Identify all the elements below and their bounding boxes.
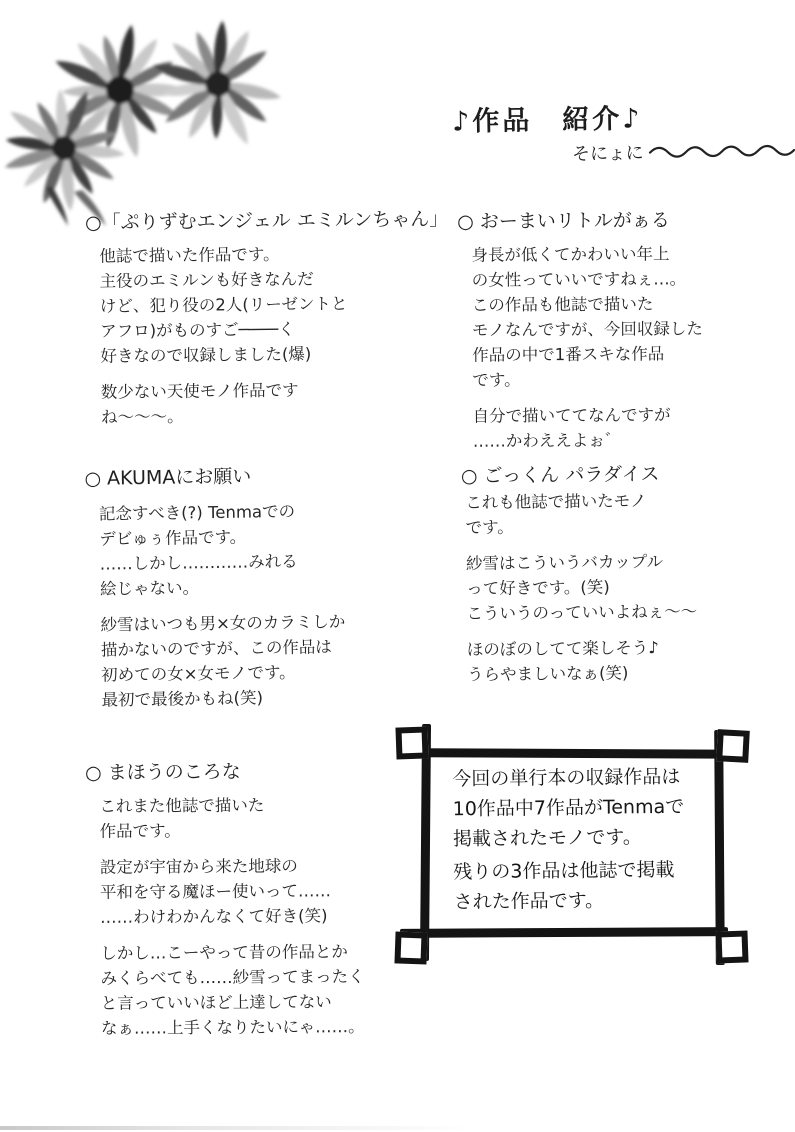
section-line: 自分で描いててなんですが	[459, 402, 704, 429]
section-line: 身長が低くてかわいい年上	[457, 241, 702, 268]
section-line: 紗雪はいつも男×女のカラミしか	[86, 609, 345, 638]
page-subtitle-text: そにょに	[572, 139, 644, 166]
frame-bar-left	[420, 724, 431, 961]
section-line: 記念すべき(?) Tenmaでの	[85, 498, 344, 527]
info-box-line: された作品です。	[453, 885, 685, 917]
section-line: 平和を守る魔ほー使いって……	[86, 878, 364, 905]
section-line: なぁ……上手くなりたいにゃ……。	[87, 1014, 365, 1041]
section-line: 他誌で描いた作品です。	[85, 240, 449, 269]
info-box-line: 残りの3作品は他誌で掲載	[453, 855, 685, 887]
squiggle-underline-icon	[648, 141, 795, 160]
section-title: ○ AKUMAにお願い	[84, 460, 343, 491]
section-line: です。	[461, 513, 696, 540]
section-prism-angel: ○「ぷりずむエンジェル エミルンちゃん」 他誌で描いた作品です。 主役のエミルン…	[85, 204, 451, 430]
section-line: しかし…こーやって昔の作品とか	[86, 939, 364, 966]
info-box-line: 今回の単行本の収録作品は	[452, 762, 684, 794]
section-line: 初めての女×女モノです。	[87, 659, 346, 688]
section-gokkun-paradise: ○ ごっくん パラダイス これも他誌で描いたモノ です。 紗雪はこういうバカップ…	[461, 459, 698, 687]
section-line: と言っていいほど上達してない	[87, 989, 365, 1016]
section-line: デビゅぅ作品です。	[85, 523, 344, 552]
section-line: 好きなので収録しました(爆)	[86, 340, 450, 369]
info-box-text: 今回の単行本の収録作品は 10作品中7作品がTenmaで 掲載されたモノです。 …	[452, 762, 685, 917]
section-line: これも他誌で描いたモノ	[461, 488, 696, 515]
section-line: この作品も他誌で描いた	[458, 291, 703, 318]
section-title: ○ おーまいリトルがぁる	[457, 205, 702, 234]
section-line: 主役のエミルンも好きなんだ	[85, 265, 449, 294]
section-mahou-no-korona: ○ まほうのころな これまた他誌で描いた 作品です。 設定が宇宙から来た地球の …	[85, 756, 365, 1041]
section-line: これまた他誌で描いた	[85, 792, 363, 819]
section-line: ね〜〜〜。	[87, 401, 451, 430]
section-title: ○ ごっくん パラダイス	[461, 459, 696, 488]
section-line: ほのぼのしてて楽しそう♪	[463, 635, 698, 662]
section-line: うらやましいなぁ(笑)	[463, 660, 698, 687]
info-box: 今回の単行本の収録作品は 10作品中7作品がTenmaで 掲載されたモノです。 …	[395, 723, 751, 965]
frame-bar-bottom	[400, 927, 728, 938]
section-line: 数少ない天使モノ作品です	[87, 376, 451, 405]
section-line: アフロ)がものすご────く	[86, 315, 450, 344]
scan-artifact-line	[0, 1126, 470, 1130]
section-akuma-ni-onegai: ○ AKUMAにお願い 記念すべき(?) Tenmaでの デビゅぅ作品です。 ……	[84, 460, 346, 713]
section-line: ……かわええよぉ゛	[459, 427, 704, 454]
frame-corner-square	[715, 930, 748, 963]
section-line: ……しかし…………みれる	[86, 548, 345, 577]
section-line: 作品です。	[85, 817, 363, 844]
page-subtitle: そにょに	[572, 136, 795, 166]
section-line: 紗雪はこういうバカップル	[462, 549, 697, 576]
frame-bar-right	[714, 730, 725, 965]
section-line: モノなんですが、今回収録した	[458, 316, 703, 343]
frame-corner-square	[716, 729, 750, 763]
frame-corner-square	[395, 726, 428, 759]
section-line: です。	[458, 366, 703, 393]
section-line: 作品の中で1番スキな作品	[458, 341, 703, 368]
doujinshi-afterword-page: ♪作品 紹介♪ そにょに ○「ぷりずむエンジェル エミルンちゃん」 他誌で描いた…	[0, 0, 795, 1132]
section-line: ……わけわかんなくて好き(笑)	[86, 903, 364, 930]
page-title: ♪作品 紹介♪	[452, 96, 643, 138]
info-box-line: 10作品中7作品がTenmaで	[453, 792, 685, 824]
section-title: ○「ぷりずむエンジェル エミルンちゃん」	[85, 204, 449, 235]
section-line: けど、犯り役の2人(リーゼントと	[86, 290, 450, 319]
section-title: ○ まほうのころな	[85, 756, 363, 785]
info-box-line: 掲載されたモノです。	[453, 822, 685, 854]
section-line: こういうのっていいよねぇ〜〜	[462, 599, 697, 626]
frame-bar-top	[418, 748, 748, 758]
section-line: みくらべても……紗雪ってまったく	[86, 964, 364, 991]
section-line: 設定が宇宙から来た地球の	[86, 853, 364, 880]
section-line: 最初で最後かもね(笑)	[87, 684, 346, 713]
section-line: 絵じゃない。	[86, 573, 345, 602]
section-oh-my-little-girl: ○ おーまいリトルがぁる 身長が低くてかわいい年上 の女性っていいですねぇ…。 …	[457, 205, 704, 454]
frame-corner-square	[394, 931, 427, 964]
flower-top-right	[152, 20, 282, 147]
section-line: の女性っていいですねぇ…。	[458, 266, 703, 293]
section-line: 描かないのですが、この作品は	[87, 634, 346, 663]
section-line: って好きです。(笑)	[462, 574, 697, 601]
